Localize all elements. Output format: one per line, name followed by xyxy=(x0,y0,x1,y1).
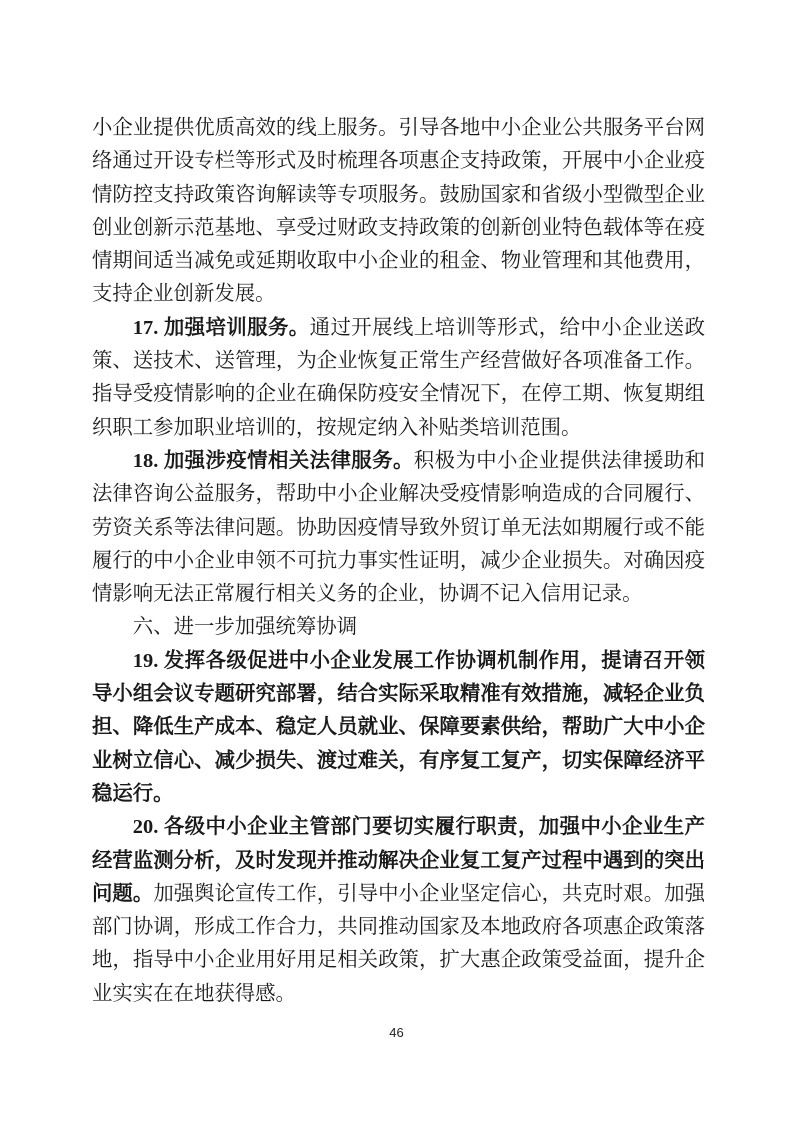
paragraph-18-lead: 18. 加强涉疫情相关法律服务。 xyxy=(133,450,414,472)
paragraph-20: 20. 各级中小企业主管部门要切实履行职责，加强中小企业生产经营监测分析，及时发… xyxy=(92,811,705,1011)
paragraph-20-text: 加强舆论宣传工作，引导中小企业坚定信心，共克时艰。加强部门协调，形成工作合力，共… xyxy=(92,883,705,1005)
paragraph-19: 19. 发挥各级促进中小企业发展工作协调机制作用，提请召开领导小组会议专题研究部… xyxy=(92,645,705,811)
paragraph-continuation-text: 小企业提供优质高效的线上服务。引导各地中小企业公共服务平台网络通过开设专栏等形式… xyxy=(92,117,705,305)
paragraph-18: 18. 加强涉疫情相关法律服务。积极为中小企业提供法律援助和法律咨询公益服务，帮… xyxy=(92,445,705,611)
document-page: 小企业提供优质高效的线上服务。引导各地中小企业公共服务平台网络通过开设专栏等形式… xyxy=(0,0,793,1121)
page-number: 46 xyxy=(0,1024,793,1042)
section-heading-6: 六、进一步加强统筹协调 xyxy=(92,611,705,644)
document-body: 小企业提供优质高效的线上服务。引导各地中小企业公共服务平台网络通过开设专栏等形式… xyxy=(92,112,705,1011)
paragraph-continuation: 小企业提供优质高效的线上服务。引导各地中小企业公共服务平台网络通过开设专栏等形式… xyxy=(92,112,705,312)
paragraph-19-bold-text: 19. 发挥各级促进中小企业发展工作协调机制作用，提请召开领导小组会议专题研究部… xyxy=(92,650,705,805)
paragraph-18-text: 积极为中小企业提供法律援助和法律咨询公益服务，帮助中小企业解决受疫情影响造成的合… xyxy=(92,450,705,605)
paragraph-17-lead: 17. 加强培训服务。 xyxy=(133,317,310,339)
paragraph-17: 17. 加强培训服务。通过开展线上培训等形式，给中小企业送政策、送技术、送管理，… xyxy=(92,312,705,445)
